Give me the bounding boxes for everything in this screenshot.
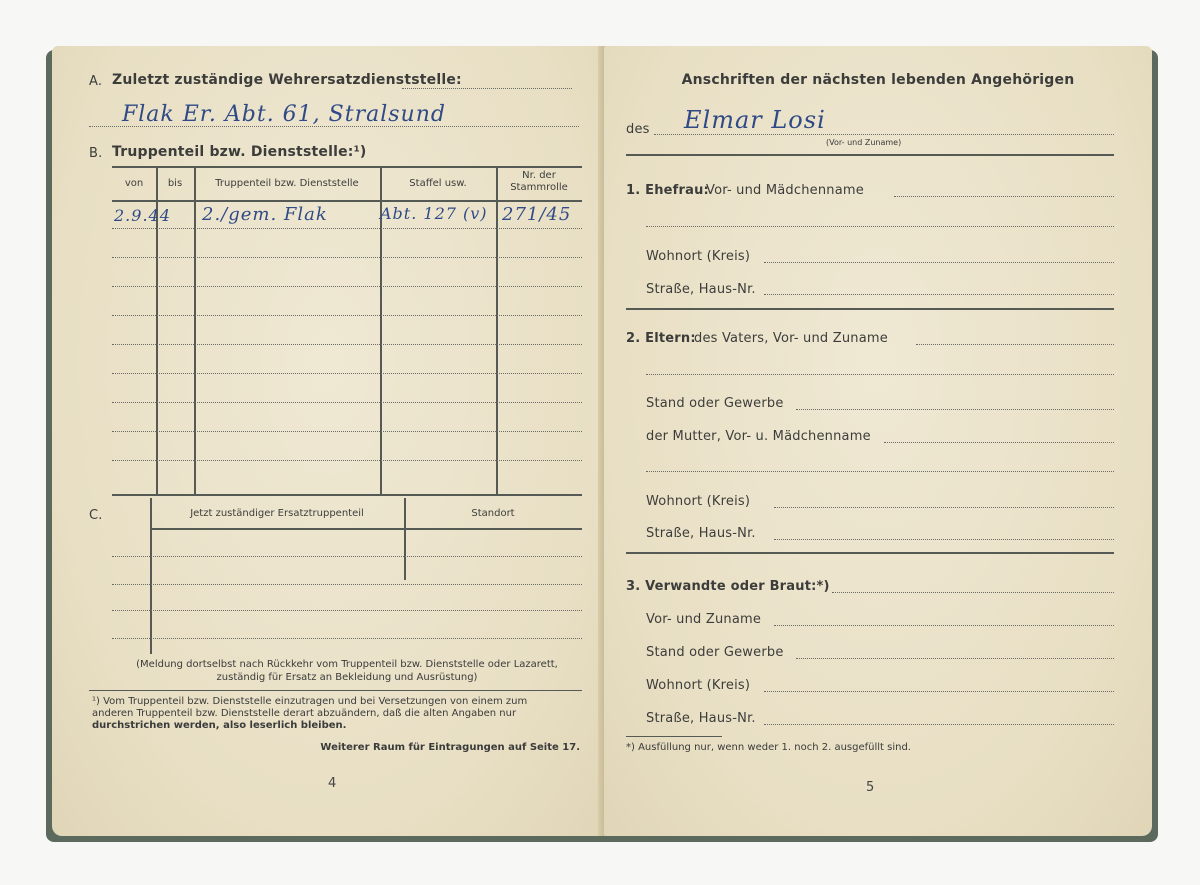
section-c-note: (Meldung dortselbst nach Rückkehr vom Tr… [112, 658, 582, 684]
right-page: Anschriften der nächsten lebenden Angehö… [604, 46, 1152, 836]
section-a-letter: A. [89, 74, 102, 89]
col-header-stammrolle: Nr. der Stammrolle [496, 170, 582, 194]
field-ehefrau-wohnort: Wohnort (Kreis) [646, 249, 750, 264]
col-header-von: von [112, 178, 156, 189]
field-eltern-strasse: Straße, Haus-Nr. [646, 526, 756, 541]
col-header-ersatztruppenteil: Jetzt zuständiger Ersatztruppenteil [150, 508, 404, 519]
field-eltern-wohnort: Wohnort (Kreis) [646, 494, 750, 509]
replacement-unit-table: Jetzt zuständiger Ersatztruppenteil Stan… [112, 498, 582, 654]
footnote-asterisk: *) Ausfüllung nur, wenn weder 1. noch 2.… [626, 742, 911, 753]
field-vater-name: des Vaters, Vor- und Zuname [694, 331, 888, 346]
section-a-label: Zuletzt zuständige Wehrersatzdienststell… [112, 72, 462, 88]
section-a-handwritten-value: Flak Er. Abt. 61, Stralsund [122, 102, 446, 127]
page-title: Anschriften der nächsten lebenden Angehö… [604, 72, 1152, 88]
section-2-label: 2. Eltern: [626, 331, 696, 346]
troop-unit-table: von bis Truppenteil bzw. Dienststelle St… [112, 166, 582, 496]
cell-von: 2.9.44 [114, 206, 171, 225]
further-space-note: Weiterer Raum für Eintragungen auf Seite… [320, 742, 580, 753]
col-header-staffel: Staffel usw. [380, 178, 496, 189]
field-verwandte-name: Vor- und Zuname [646, 612, 761, 627]
cell-truppenteil: 2./gem. Flak [202, 204, 328, 225]
field-ehefrau-name: Vor- und Mädchenname [706, 183, 864, 198]
section-3-label: 3. Verwandte oder Braut:*) [626, 579, 830, 594]
left-page: A. Zuletzt zuständige Wehrersatzdienstst… [52, 46, 604, 836]
col-header-standort: Standort [404, 508, 582, 519]
section-a-dotline [402, 88, 572, 89]
page-number-right: 5 [866, 780, 874, 795]
name-caption: (Vor- und Zuname) [826, 138, 901, 147]
footnote-1: ¹) Vom Truppenteil bzw. Dienststelle ein… [92, 696, 582, 732]
section-b-letter: B. [89, 146, 102, 161]
military-pass-booklet: A. Zuletzt zuständige Wehrersatzdienstst… [46, 46, 1158, 842]
cell-stammrolle: 271/45 [502, 204, 571, 225]
field-verwandte-strasse: Straße, Haus-Nr. [646, 711, 756, 726]
col-header-bis: bis [156, 178, 194, 189]
field-ehefrau-strasse: Straße, Haus-Nr. [646, 282, 756, 297]
section-a-value-line [89, 126, 579, 127]
field-vater-stand: Stand oder Gewerbe [646, 396, 784, 411]
field-verwandte-stand: Stand oder Gewerbe [646, 645, 784, 660]
field-mutter-name: der Mutter, Vor- u. Mädchenname [646, 429, 871, 444]
handwritten-name: Elmar Losi [684, 106, 826, 134]
field-verwandte-wohnort: Wohnort (Kreis) [646, 678, 750, 693]
section-c-letter: C. [89, 508, 103, 523]
col-header-truppenteil: Truppenteil bzw. Dienststelle [194, 178, 380, 189]
des-label: des [626, 122, 650, 137]
section-b-label: Truppenteil bzw. Dienststelle:¹) [112, 144, 367, 160]
section-1-label: 1. Ehefrau: [626, 183, 709, 198]
cell-staffel: Abt. 127 (v) [380, 204, 488, 223]
page-number-left: 4 [328, 776, 336, 791]
